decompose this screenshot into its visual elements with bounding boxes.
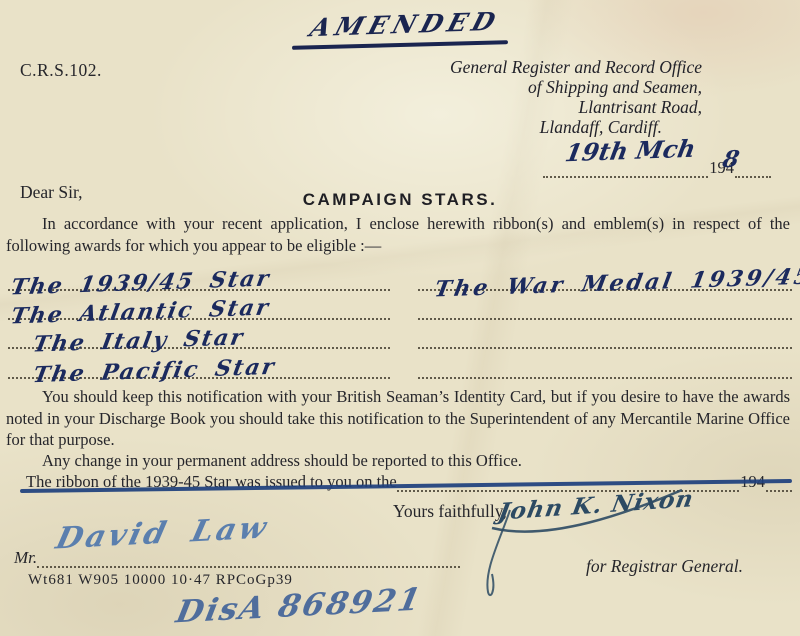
office-address: General Register and Record Office of Sh… <box>450 57 702 137</box>
award-line-right-1: The War Medal 1939/45 <box>418 259 792 291</box>
amended-stamp: AMENDED <box>307 7 504 42</box>
award-entry-handwritten: The Pacific Star <box>31 354 278 388</box>
address-line-1: General Register and Record Office <box>450 57 702 77</box>
form-number: C.R.S.102. <box>20 60 102 81</box>
award-line-left-1: The 1939/45 Star <box>8 259 390 291</box>
heading-campaign-stars: CAMPAIGN STARS. <box>255 190 545 210</box>
award-line-right-2 <box>418 288 792 320</box>
award-line-right-4 <box>418 347 792 379</box>
award-line-left-3: The Italy Star <box>8 317 390 349</box>
imprint-code: Wt681 W905 10000 10·47 RPCoGp39 <box>28 572 293 589</box>
date-leader-dots <box>543 176 708 178</box>
award-line-left-4: The Pacific Star <box>8 347 390 379</box>
addressee-prefix: Mr. <box>14 548 37 568</box>
address-line-2: of Shipping and Seamen, <box>450 77 702 97</box>
salutation: Dear Sir, <box>20 182 82 203</box>
paragraph-intro: In accordance with your recent applicati… <box>6 213 790 256</box>
award-line-left-2: The Atlantic Star <box>8 288 390 320</box>
signed-for-registrar: for Registrar General. <box>586 556 743 577</box>
paragraph-identity-card: You should keep this notification with y… <box>6 386 790 451</box>
date-handwritten: 19th Mch <box>563 134 698 167</box>
award-line-right-3 <box>418 317 792 349</box>
date-trailing-dots <box>735 176 771 178</box>
addressee-dotted-line <box>37 566 460 568</box>
address-line-3: Llantrisant Road, <box>450 97 702 117</box>
struck-line-trailing-dots <box>766 490 792 492</box>
document-page: AMENDED C.R.S.102. General Register and … <box>0 0 800 636</box>
